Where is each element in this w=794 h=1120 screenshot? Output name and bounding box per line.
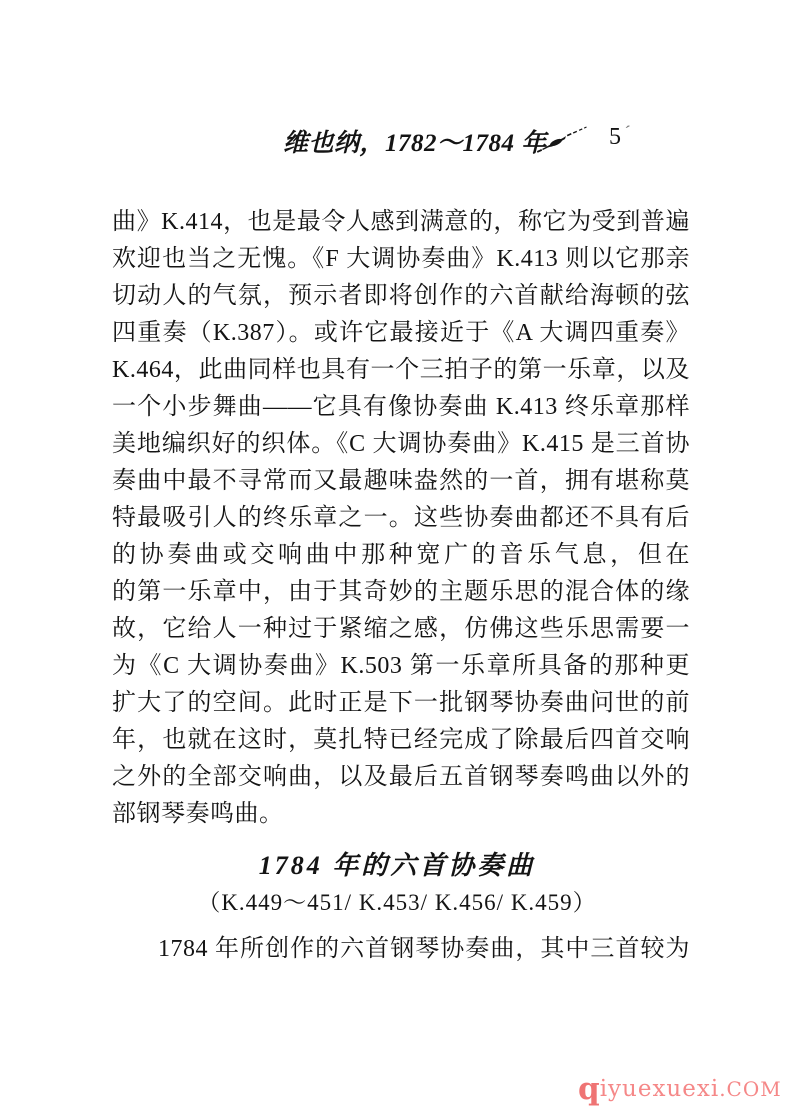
body-text-line: 特最吸引人的终乐章之一。这些协奏曲都还不具有后来 <box>112 500 690 537</box>
ink-flourish-icon <box>532 124 590 158</box>
body-text-block: 曲》K.414，也是最令人感到满意的，称它为受到普遍 欢迎也当之无愧。《F 大调… <box>112 204 690 833</box>
body-text-line: 年，也就在这时，莫扎特已经完成了除最后四首交响曲 <box>112 722 690 759</box>
paragraph-first-line: 1784 年所创作的六首钢琴协奏曲，其中三首较为 <box>112 931 690 968</box>
chapter-title: 维也纳，1782～1784 年 <box>283 123 547 159</box>
scanned-book-page: 维也纳，1782～1784 年 5ˊ 曲》K.414，也是最令人感到满意的，称它… <box>0 0 794 1120</box>
body-text-line: 欢迎也当之无愧。《F 大调协奏曲》K.413 则以它那亲 <box>112 241 690 278</box>
watermark-name: iyuexuexi <box>600 1076 720 1102</box>
body-text-line: 的第一乐章中，由于其奇妙的主题乐思的混合体的缘 <box>112 574 690 611</box>
body-text-line: 部钢琴奏鸣曲。 <box>112 796 690 833</box>
section-subtitle: （K.449～451/ K.453/ K.456/ K.459） <box>0 884 794 917</box>
body-text-line: 四重奏（K.387）。或许它最接近于《A 大调四重奏》 <box>112 315 690 352</box>
page-number-faded-mark: ˊ <box>622 122 633 144</box>
body-text-line: 切动人的气氛，预示者即将创作的六首献给海顿的弦乐 <box>112 278 690 315</box>
watermark-initial: q <box>578 1071 600 1107</box>
body-text-line: 为《C 大调协奏曲》K.503 第一乐章所具备的那种更加 <box>112 648 690 685</box>
body-text-line: 的协奏曲或交响曲中那种宽广的音乐气息，但在 K.415 <box>112 537 690 574</box>
watermark-domain: .COM <box>719 1077 782 1101</box>
body-text-line: K.464，此曲同样也具有一个三拍子的第一乐章，以及 <box>112 352 690 389</box>
page-number: 5ˊ <box>609 124 631 151</box>
section-heading: 1784 年的六首协奏曲 <box>0 845 794 882</box>
running-header: 维也纳，1782～1784 年 5ˊ <box>0 121 794 163</box>
body-text-line: 奏曲中最不寻常而又最趣味盎然的一首，拥有堪称莫扎 <box>112 463 690 500</box>
body-text-line: 故，它给人一种过于紧缩之感，仿佛这些乐思需要一个 <box>112 611 690 648</box>
body-text-line: 扩大了的空间。此时正是下一批钢琴协奏曲问世的前两 <box>112 685 690 722</box>
body-text-line: 曲》K.414，也是最令人感到满意的，称它为受到普遍 <box>112 204 690 241</box>
site-watermark: qiyuexuexi.COM <box>578 1071 782 1107</box>
body-text-line: 之外的全部交响曲，以及最后五首钢琴奏鸣曲以外的全 <box>112 759 690 796</box>
body-text-line: 一个小步舞曲——它具有像协奏曲 K.413 终乐章那样精 <box>112 389 690 426</box>
body-text-line: 美地编织好的织体。《C 大调协奏曲》K.415 是三首协 <box>112 426 690 463</box>
